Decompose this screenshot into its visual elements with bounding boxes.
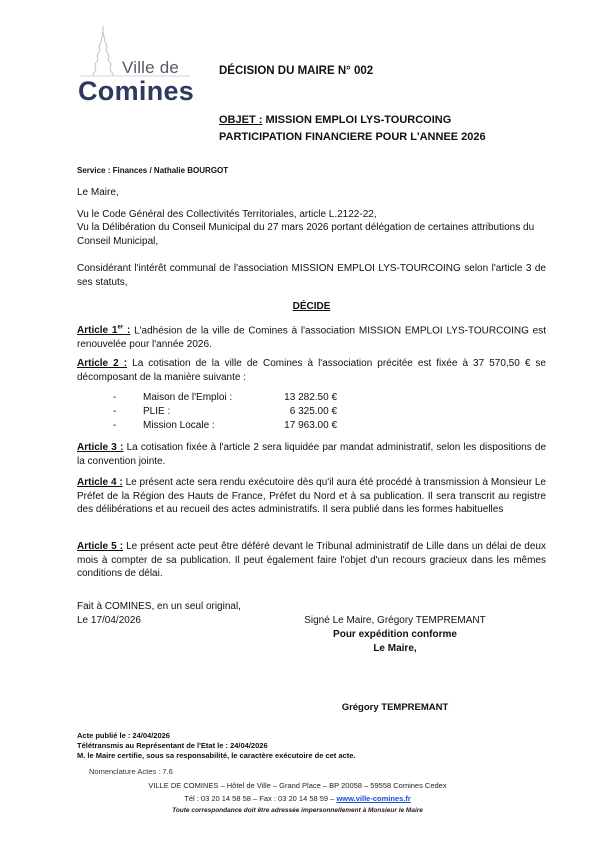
certifie: M. le Maire certifie, sous sa responsabi… xyxy=(77,751,355,761)
article-2: Article 2 : La cotisation de la ville de… xyxy=(77,357,546,384)
objet-line2: PARTICIPATION FINANCIERE POUR L'ANNEE 20… xyxy=(219,129,486,146)
breakdown-label: Mission Locale : xyxy=(143,419,259,433)
article-3-text: La cotisation fixée à l'article 2 sera l… xyxy=(77,442,546,467)
website-link[interactable]: www.ville-comines.fr xyxy=(336,794,410,803)
nomenclature: Nomenclature Actes : 7.6 xyxy=(89,767,173,776)
vu-code: Vu le Code Général des Collectivités Ter… xyxy=(77,208,546,222)
considerant: Considérant l'intérêt communal de l'asso… xyxy=(77,262,546,289)
breakdown-label: Maison de l'Emploi : xyxy=(143,391,259,405)
fait-a: Fait à COMINES, en un seul original, xyxy=(77,600,546,614)
objet-label: OBJET : xyxy=(219,114,262,126)
objet-line1: MISSION EMPLOI LYS-TOURCOING xyxy=(262,114,451,126)
vu-deliberation: Vu la Délibération du Conseil Municipal … xyxy=(77,221,546,248)
decide-heading: DÉCIDE xyxy=(77,301,546,312)
article-2-text: La cotisation de la ville de Comines à l… xyxy=(77,358,546,383)
objet-block: OBJET : MISSION EMPLOI LYS-TOURCOING PAR… xyxy=(219,112,486,146)
article-4-label: Article 4 : xyxy=(77,477,123,488)
salutation: Le Maire, xyxy=(77,186,546,200)
logo-ville-de: Ville de xyxy=(122,58,179,78)
article-3-label: Article 3 : xyxy=(77,442,123,453)
article-4-text: Le présent acte sera rendu exécutoire dè… xyxy=(77,477,546,515)
le-maire-signature: Le Maire, xyxy=(290,642,500,656)
acte-publie: Acte publié le : 24/04/2026 xyxy=(77,731,355,741)
footer-address: VILLE DE COMINES – Hôtel de Ville – Gran… xyxy=(0,781,595,790)
city-logo: Ville de Comines xyxy=(72,22,202,112)
breakdown-amount: 6 325.00 € xyxy=(259,405,337,419)
article-5-label: Article 5 : xyxy=(77,541,123,552)
article-5: Article 5 : Le présent acte peut être dé… xyxy=(77,540,546,581)
breakdown-amount: 13 282.50 € xyxy=(259,391,337,405)
article-5-text: Le présent acte peut être déféré devant … xyxy=(77,541,546,579)
pour-expedition: Pour expédition conforme xyxy=(290,628,500,642)
breakdown-row: - Mission Locale : 17 963.00 € xyxy=(113,419,337,433)
breakdown-label: PLIE : xyxy=(143,405,259,419)
footer-phone: Tél : 03 20 14 58 58 – Fax : 03 20 14 58… xyxy=(184,794,336,803)
breakdown-row: - Maison de l'Emploi : 13 282.50 € xyxy=(113,391,337,405)
publication-block: Acte publié le : 24/04/2026 Télétransmis… xyxy=(77,731,355,761)
logo-comines: Comines xyxy=(78,76,194,107)
signatory-name: Grégory TEMPREMANT xyxy=(290,701,500,715)
signe-le-maire: Signé Le Maire, Grégory TEMPREMANT xyxy=(290,614,500,628)
article-4: Article 4 : Le présent acte sera rendu e… xyxy=(77,476,546,517)
article-1: Article 1er : L'adhésion de la ville de … xyxy=(77,322,546,351)
breakdown-amount: 17 963.00 € xyxy=(259,419,337,433)
decision-title: DÉCISION DU MAIRE N° 002 xyxy=(219,65,373,77)
article-1-label: Article 1er : xyxy=(77,325,130,336)
article-1-text: L'adhésion de la ville de Comines à l'as… xyxy=(77,325,546,350)
footer-note: Toute correspondance doit être adressée … xyxy=(0,807,595,814)
breakdown-row: - PLIE : 6 325.00 € xyxy=(113,405,337,419)
article-3: Article 3 : La cotisation fixée à l'arti… xyxy=(77,441,546,468)
service-line: Service : Finances / Nathalie BOURGOT xyxy=(77,166,228,175)
cotisation-breakdown: - Maison de l'Emploi : 13 282.50 € - PLI… xyxy=(113,391,337,433)
teletransmis: Télétransmis au Représentant de l'Etat l… xyxy=(77,741,355,751)
footer-contact: Tél : 03 20 14 58 58 – Fax : 03 20 14 58… xyxy=(0,794,595,803)
article-2-label: Article 2 : xyxy=(77,358,127,369)
